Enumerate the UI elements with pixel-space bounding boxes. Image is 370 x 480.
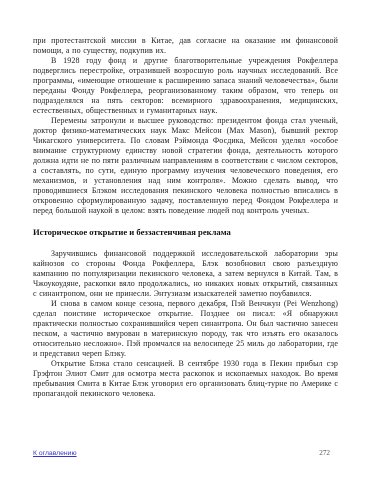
body-paragraph: Перемены затронули и высшее руководство:… — [33, 116, 338, 216]
body-paragraph: Заручившись финансовой поддержкой исслед… — [33, 249, 338, 299]
body-paragraph: И снова в самом конце сезона, первого де… — [33, 299, 338, 359]
section-heading: Историческое открытие и беззастенчивая р… — [33, 227, 338, 238]
page-footer: К оглавлению 272 — [33, 449, 330, 458]
body-paragraph: Открытие Блэка стало сенсацией. В сентяб… — [33, 359, 338, 399]
page-number: 272 — [319, 449, 330, 457]
text-block: при протестантской миссии в Китае, дав с… — [33, 36, 338, 399]
document-page: при протестантской миссии в Китае, дав с… — [0, 0, 370, 480]
body-paragraph: при протестантской миссии в Китае, дав с… — [33, 36, 338, 56]
body-paragraph: В 1928 году фонд и другие благотворитель… — [33, 56, 338, 116]
table-of-contents-link[interactable]: К оглавлению — [33, 450, 77, 458]
